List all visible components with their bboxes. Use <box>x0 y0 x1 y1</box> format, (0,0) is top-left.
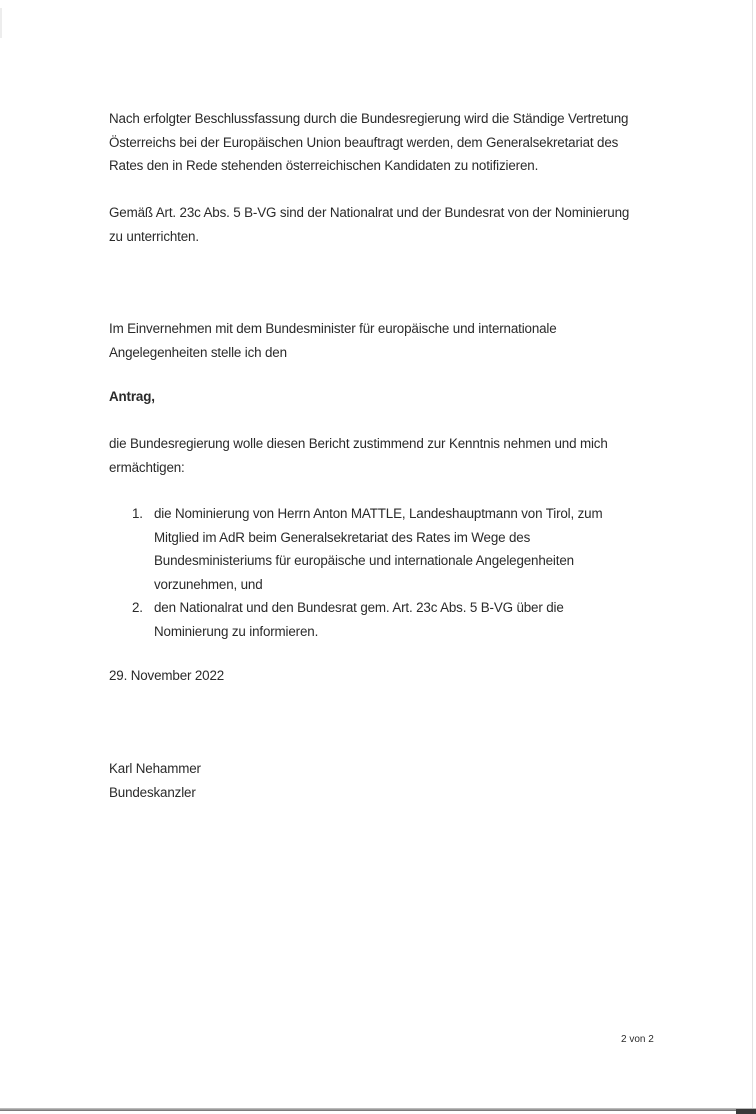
text-line: Nach erfolgter Beschlussfassung durch di… <box>109 107 628 131</box>
text-line: Bundesministeriums für europäische und i… <box>154 549 603 573</box>
paragraph-legal-basis: Gemäß Art. 23c Abs. 5 B-VG sind der Nati… <box>109 201 629 248</box>
paragraph-request: die Bundesregierung wolle diesen Bericht… <box>109 432 608 479</box>
scan-edge <box>0 1108 756 1111</box>
scan-edge-corner <box>736 1109 756 1114</box>
signatory-title: Bundeskanzler <box>109 781 201 805</box>
list-number: 1. <box>132 502 143 526</box>
text-line: Angelegenheiten stelle ich den <box>109 341 557 365</box>
signatory-name: Karl Nehammer <box>109 757 201 781</box>
signature-block: Karl Nehammer Bundeskanzler <box>109 757 201 804</box>
page-number: 2 von 2 <box>621 1033 654 1047</box>
text-line: die Bundesregierung wolle diesen Bericht… <box>109 432 608 456</box>
list-number: 2. <box>132 596 143 620</box>
text-line: Nominierung zu informieren. <box>154 620 564 644</box>
text-line: zu unterrichten. <box>109 225 629 249</box>
paragraph-notification: Nach erfolgter Beschlussfassung durch di… <box>109 107 628 178</box>
motion-heading: Antrag, <box>109 385 155 409</box>
text-line: Österreichs bei der Europäischen Union b… <box>109 131 628 155</box>
text-line: die Nominierung von Herrn Anton MATTLE, … <box>154 502 603 526</box>
text-line: den Nationalrat und den Bundesrat gem. A… <box>154 596 564 620</box>
paragraph-agreement: Im Einvernehmen mit dem Bundesminister f… <box>109 317 557 364</box>
document-page: Nach erfolgter Beschlussfassung durch di… <box>0 0 753 1108</box>
list-item-body: den Nationalrat und den Bundesrat gem. A… <box>154 596 564 643</box>
text-line: vorzunehmen, und <box>154 573 603 597</box>
text-line: Im Einvernehmen mit dem Bundesminister f… <box>109 317 557 341</box>
text-line: Rates den in Rede stehenden österreichis… <box>109 154 628 178</box>
scan-artifact <box>0 8 2 38</box>
text-line: Mitglied im AdR beim Generalsekretariat … <box>154 526 603 550</box>
text-line: Gemäß Art. 23c Abs. 5 B-VG sind der Nati… <box>109 201 629 225</box>
document-date: 29. November 2022 <box>109 664 224 688</box>
list-item-body: die Nominierung von Herrn Anton MATTLE, … <box>154 502 603 596</box>
text-line: ermächtigen: <box>109 456 608 480</box>
